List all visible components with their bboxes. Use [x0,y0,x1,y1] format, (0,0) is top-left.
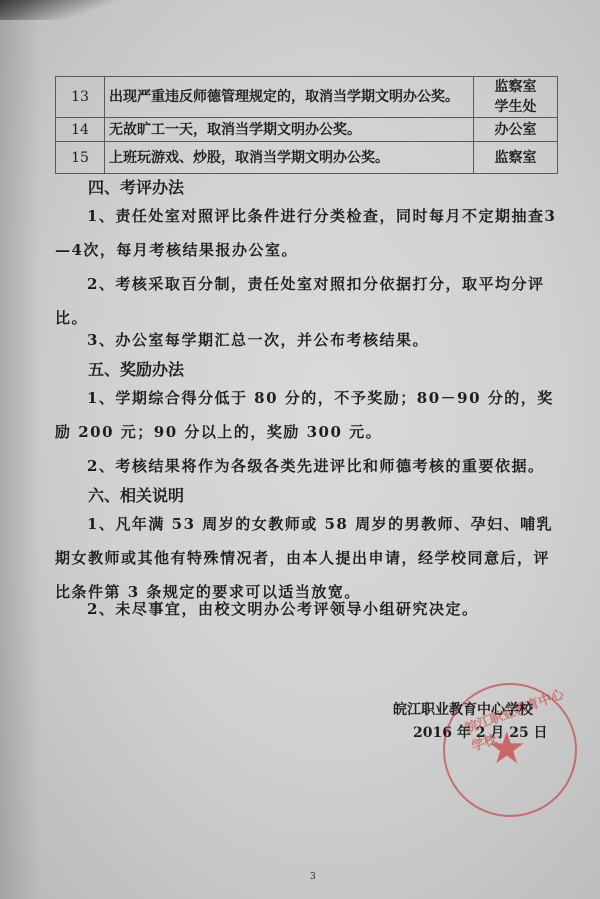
page-number: 3 [310,872,316,882]
row-description: 出现严重违反师德管理规定的，取消当学期文明办公奖。 [105,77,474,118]
row-department: 监察室 学生处 [474,77,558,118]
evaluation-item-3: 3、办公室每学期汇总一次，并公布考核结果。 [55,323,565,357]
table-row: 13 出现严重违反师德管理规定的，取消当学期文明办公奖。 监察室 学生处 [56,77,558,118]
section-heading-rewards: 五、奖励办法 [88,357,184,380]
signature-date: 2016 年 2 月 25 日 [413,722,548,742]
rules-table: 13 出现严重违反师德管理规定的，取消当学期文明办公奖。 监察室 学生处 14 … [55,76,558,174]
row-department: 监察室 [474,142,558,174]
section-heading-evaluation: 四、考评办法 [88,175,184,198]
row-number: 14 [56,118,105,142]
row-description: 上班玩游戏、炒股，取消当学期文明办公奖。 [105,142,474,174]
row-number: 13 [56,77,105,118]
rewards-item-2: 2、考核结果将作为各级各类先进评比和师德考核的重要依据。 [55,449,565,483]
notes-item-2: 2、未尽事宜，由校文明办公考评领导小组研究决定。 [55,592,565,626]
row-department: 办公室 [474,118,558,142]
signature-organization: 皖江职业教育中心学校 [393,699,533,719]
row-number: 15 [56,142,105,174]
rewards-item-1: 1、学期综合得分低于 80 分的，不予奖励；80－90 分的，奖励 200 元；… [55,381,565,449]
page-shadow [0,0,40,899]
table-row: 15 上班玩游戏、炒股，取消当学期文明办公奖。 监察室 [56,142,558,174]
row-description: 无故旷工一天，取消当学期文明办公奖。 [105,118,474,142]
section-heading-notes: 六、相关说明 [88,483,184,506]
corner-shadow [0,0,120,20]
evaluation-item-1: 1、责任处室对照评比条件进行分类检查，同时每月不定期抽查3—4次，每月考核结果报… [55,199,565,267]
table-row: 14 无故旷工一天，取消当学期文明办公奖。 办公室 [56,118,558,142]
